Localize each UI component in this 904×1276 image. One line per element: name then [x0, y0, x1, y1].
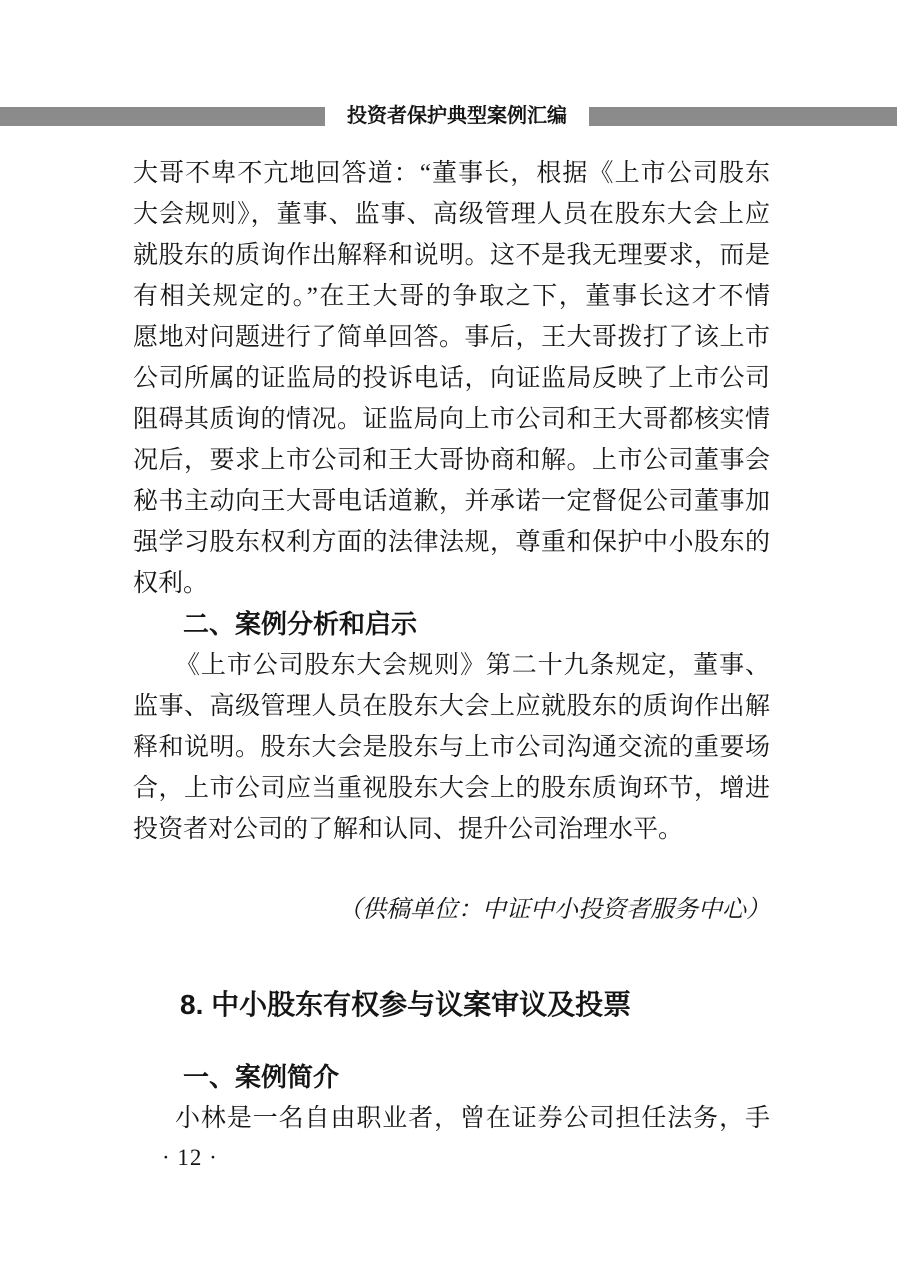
paragraph-case-narrative: 大哥不卑不亢地回答道：“董事长，根据《上市公司股东大会规则》，董事、监事、高级管…	[133, 153, 770, 604]
text-line: 《上市公司股东大会规则》第二十九条规定，董事、	[133, 645, 770, 686]
paragraph-analysis: 《上市公司股东大会规则》第二十九条规定，董事、监事、高级管理人员在股东大会上应就…	[133, 645, 770, 850]
section-heading-analysis: 二、案例分析和启示	[133, 604, 770, 645]
header-rule-right	[589, 107, 897, 126]
text-line: 强学习股东权利方面的法律法规，尊重和保护中小股东的	[133, 522, 770, 563]
text-line: 大会规则》，董事、监事、高级管理人员在股东大会上应	[133, 194, 770, 235]
text-line: 小林是一名自由职业者，曾在证券公司担任法务，手	[133, 1098, 770, 1139]
text-line: 就股东的质询作出解释和说明。这不是我无理要求，而是	[133, 235, 770, 276]
text-line: 投资者对公司的了解和认同、提升公司治理水平。	[133, 809, 770, 850]
case-8-title: 8. 中小股东有权参与议案审议及投票	[133, 985, 770, 1025]
text-column: 大哥不卑不亢地回答道：“董事长，根据《上市公司股东大会规则》，董事、监事、高级管…	[133, 153, 770, 1173]
book-page: 投资者保护典型案例汇编 大哥不卑不亢地回答道：“董事长，根据《上市公司股东大会规…	[0, 0, 904, 1276]
text-line: 阻碍其质询的情况。证监局向上市公司和王大哥都核实情	[133, 399, 770, 440]
header-rule-left	[0, 107, 325, 126]
text-line: 有相关规定的。”在王大哥的争取之下，董事长这才不情	[133, 276, 770, 317]
paragraph-intro: 小林是一名自由职业者，曾在证券公司担任法务，手	[133, 1098, 770, 1139]
attribution-line: （供稿单位：中证中小投资者服务中心）	[133, 895, 770, 925]
text-line: 合，上市公司应当重视股东大会上的股东质询环节，增进	[133, 768, 770, 809]
text-line: 况后，要求上市公司和王大哥协商和解。上市公司董事会	[133, 440, 770, 481]
text-line: 公司所属的证监局的投诉电话，向证监局反映了上市公司	[133, 358, 770, 399]
text-line: 监事、高级管理人员在股东大会上应就股东的质询作出解	[133, 686, 770, 727]
text-line: 大哥不卑不亢地回答道：“董事长，根据《上市公司股东	[133, 153, 770, 194]
text-line: 愿地对问题进行了简单回答。事后，王大哥拨打了该上市	[133, 317, 770, 358]
text-line: 权利。	[133, 563, 770, 604]
page-header: 投资者保护典型案例汇编	[0, 106, 897, 126]
section-heading-intro: 一、案例简介	[133, 1057, 770, 1098]
running-head-title: 投资者保护典型案例汇编	[347, 106, 567, 126]
page-number: · 12 ·	[133, 1143, 770, 1173]
text-line: 秘书主动向王大哥电话道歉，并承诺一定督促公司董事加	[133, 481, 770, 522]
text-line: 释和说明。股东大会是股东与上市公司沟通交流的重要场	[133, 727, 770, 768]
